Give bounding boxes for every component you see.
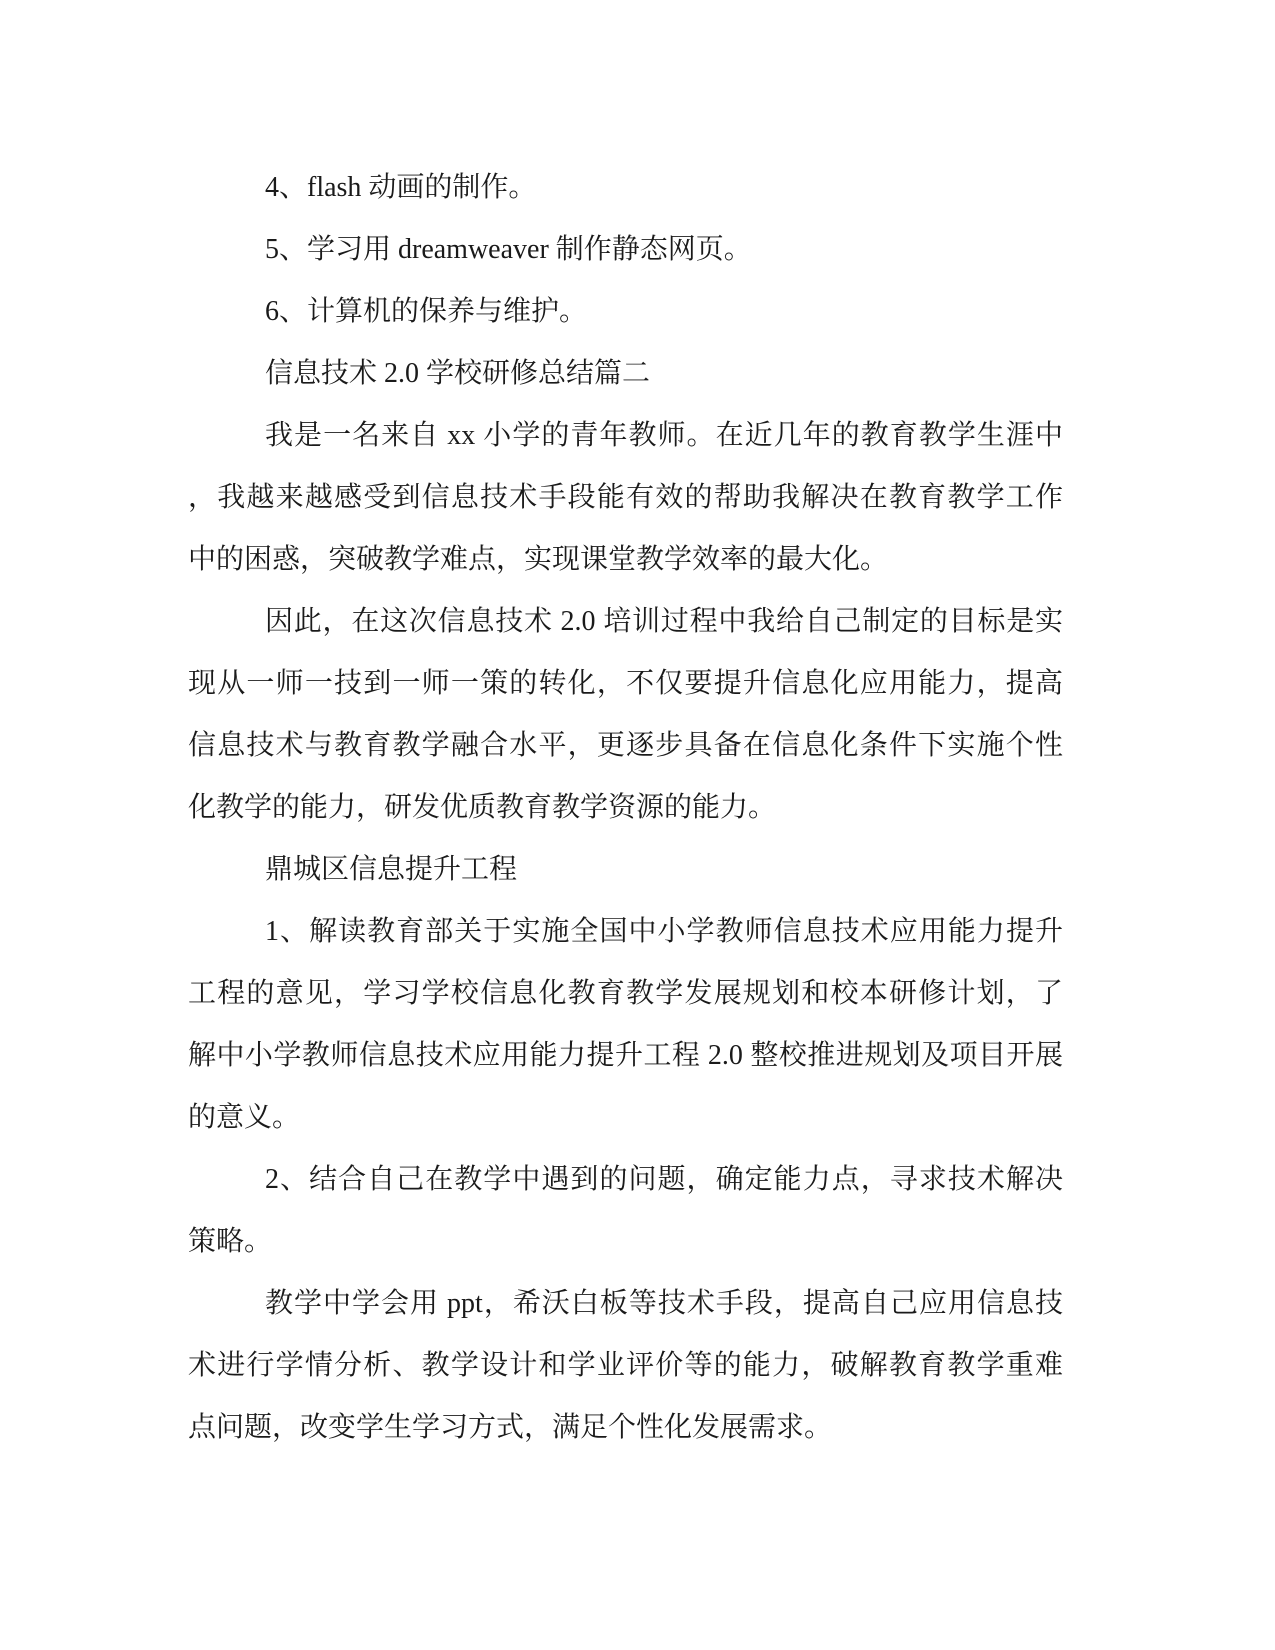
- document-line: 2、结合自己在教学中遇到的问题，确定能力点，寻求技术解决: [188, 1149, 1063, 1211]
- document-line: 我是一名来自 xx 小学的青年教师。在近几年的教育教学生涯中: [188, 405, 1063, 467]
- document-line: 现从一师一技到一师一策的转化，不仅要提升信息化应用能力，提高: [188, 653, 1063, 715]
- document-line: 工程的意见，学习学校信息化教育教学发展规划和校本研修计划，了: [188, 963, 1063, 1025]
- document-line: 教学中学会用 ppt，希沃白板等技术手段，提高自己应用信息技: [188, 1273, 1063, 1335]
- document-line: 4、flash 动画的制作。: [188, 157, 1063, 219]
- document-line: 中的困惑，突破教学难点，实现课堂教学效率的最大化。: [188, 529, 1063, 591]
- document-line: 信息技术与教育教学融合水平，更逐步具备在信息化条件下实施个性: [188, 715, 1063, 777]
- document-line: 术进行学情分析、教学设计和学业评价等的能力，破解教育教学重难: [188, 1335, 1063, 1397]
- document-line: 6、计算机的保养与维护。: [188, 281, 1063, 343]
- document-line: 鼎城区信息提升工程: [188, 839, 1063, 901]
- document-line: 点问题，改变学生学习方式，满足个性化发展需求。: [188, 1397, 1063, 1459]
- document-line: ，我越来越感受到信息技术手段能有效的帮助我解决在教育教学工作: [188, 467, 1063, 529]
- document-line: 1、解读教育部关于实施全国中小学教师信息技术应用能力提升: [188, 901, 1063, 963]
- document-line: 因此，在这次信息技术 2.0 培训过程中我给自己制定的目标是实: [188, 591, 1063, 653]
- document-line: 5、学习用 dreamweaver 制作静态网页。: [188, 219, 1063, 281]
- document-page: 4、flash 动画的制作。5、学习用 dreamweaver 制作静态网页。6…: [0, 0, 1275, 1650]
- document-line: 策略。: [188, 1211, 1063, 1273]
- document-line: 信息技术 2.0 学校研修总结篇二: [188, 343, 1063, 405]
- document-line: 化教学的能力，研发优质教育教学资源的能力。: [188, 777, 1063, 839]
- document-line: 的意义。: [188, 1087, 1063, 1149]
- document-line: 解中小学教师信息技术应用能力提升工程 2.0 整校推进规划及项目开展: [188, 1025, 1063, 1087]
- document-body: 4、flash 动画的制作。5、学习用 dreamweaver 制作静态网页。6…: [188, 157, 1063, 1459]
